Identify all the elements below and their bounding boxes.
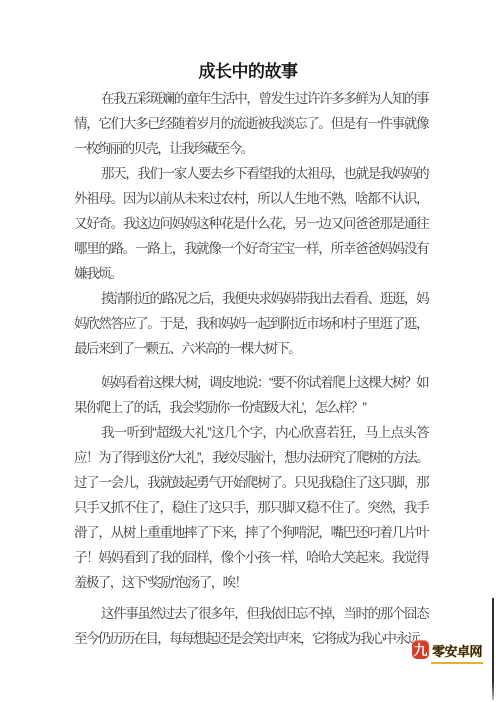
essay-paragraph: 摸清附近的路况之后，我便央求妈妈带我出去看看、逛逛，妈妈欣然答应了。于是，我和妈… (74, 286, 428, 361)
screen-edge-line (492, 598, 494, 700)
watermark-seal-icon: 九 (412, 640, 429, 659)
essay-paragraph: 我一听到“超级大礼”这几个字，内心欣喜若狂，马上点头答应！为了得到这份“大礼”，… (74, 420, 428, 595)
site-watermark: 九 零安卓网 (412, 640, 483, 664)
essay-paragraph: 这件事虽然过去了很多年，但我依旧忘不掉，当时的那个囧态至今仍历历在目，每每想起还… (74, 601, 428, 651)
watermark-site-name: 零安卓网 (431, 640, 483, 664)
essay-title: 成长中的故事 (0, 62, 496, 81)
essay-paragraph: 妈妈看着这棵大树，调皮地说：“要不你试着爬上这棵大树？如果你爬上了的话，我会奖励… (74, 370, 428, 420)
document-page: 成长中的故事 在我五彩斑斓的童年生活中，曾发生过许许多多鲜为人知的事情，它们大多… (0, 0, 496, 702)
essay-body: 在我五彩斑斓的童年生活中，曾发生过许许多多鲜为人知的事情，它们大多已经随着岁月的… (74, 86, 428, 651)
essay-paragraph: 在我五彩斑斓的童年生活中，曾发生过许许多多鲜为人知的事情，它们大多已经随着岁月的… (74, 86, 428, 161)
essay-paragraph: 那天，我们一家人要去乡下看望我的太祖母，也就是我妈妈的外祖母。因为以前从未来过农… (74, 161, 428, 286)
